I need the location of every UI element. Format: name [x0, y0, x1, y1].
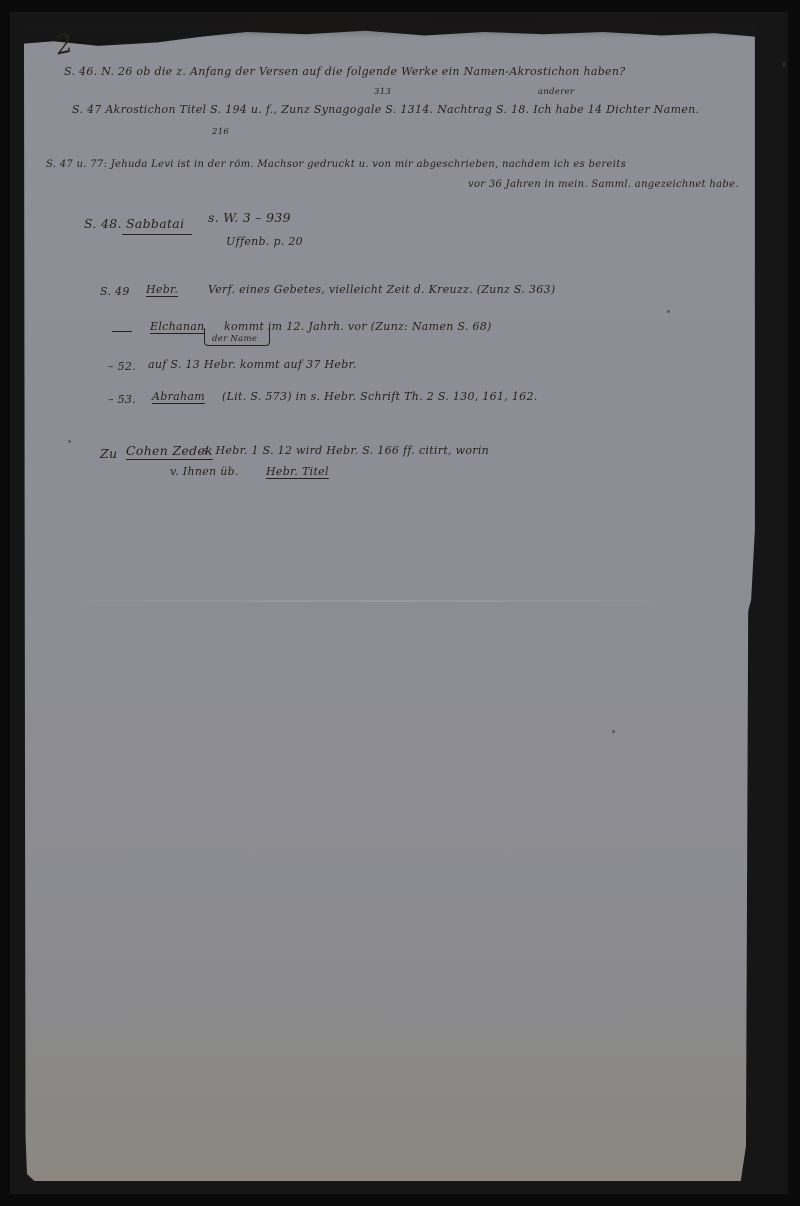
note-line-cohen-zedek: Cohen Zedek [126, 445, 213, 460]
note-line-s53-prefix: – 53. [108, 394, 136, 405]
fold-crease [24, 600, 752, 602]
note-line-s48: S. 48. Sabbatai [84, 218, 184, 231]
note-line-s47-77-continued: vor 36 Jahren in mein. Samml. angezeichn… [468, 180, 739, 190]
paper-speck [68, 440, 71, 443]
note-line-s48-ref: s. W. 3 – 939 [208, 212, 291, 225]
note-line-elchanan-name: Elchanan [150, 321, 204, 334]
note-line-cohen-hebrew-title: Hebr. Titel [266, 466, 329, 479]
underline-sabbatai [122, 234, 192, 235]
paper-speck [667, 310, 670, 313]
note-line-s53: (Lit. S. 573) in s. Hebr. Schrift Th. 2 … [222, 391, 538, 402]
note-line-cohen: s. Hebr. 1 S. 12 wird Hebr. S. 166 ff. c… [202, 445, 489, 456]
note-line-s53-abraham: Abraham [152, 391, 205, 404]
scan-canvas: 2 S. 46. N. 26 ob die z. Anfang der Vers… [0, 0, 800, 1206]
note-line-s47-acrostic: S. 47 Akrostichon Titel S. 194 u. f., Zu… [72, 104, 699, 115]
subscript-correction-216: 216 [212, 128, 229, 137]
note-line-s52: auf S. 13 Hebr. kommt auf 37 Hebr. [148, 359, 357, 370]
note-line-s49: Verf. eines Gebetes, vielleicht Zeit d. … [208, 284, 555, 295]
paper-speck [612, 730, 615, 733]
inserted-note-der-name: der Name [212, 335, 257, 344]
ditto-dash [112, 331, 132, 332]
note-line-s48-uffenb: Uffenb. p. 20 [226, 236, 303, 247]
red-mark [783, 62, 785, 67]
superscript-correction-313: 313 [374, 88, 391, 97]
note-line-cohen-prefix: Zu [100, 448, 117, 461]
superscript-correction-anderer: anderer [538, 88, 574, 97]
note-line-cohen-continued: v. Ihnen üb. [170, 466, 239, 477]
note-line-s52-prefix: – 52. [108, 361, 136, 372]
note-line-s49-prefix: S. 49 [100, 286, 130, 297]
note-line-s49-hebrew: Hebr. [146, 284, 178, 297]
note-line-s47-77: S. 47 u. 77: Jehuda Levi ist in der röm.… [46, 160, 626, 170]
note-line-s46: S. 46. N. 26 ob die z. Anfang der Versen… [64, 66, 625, 77]
